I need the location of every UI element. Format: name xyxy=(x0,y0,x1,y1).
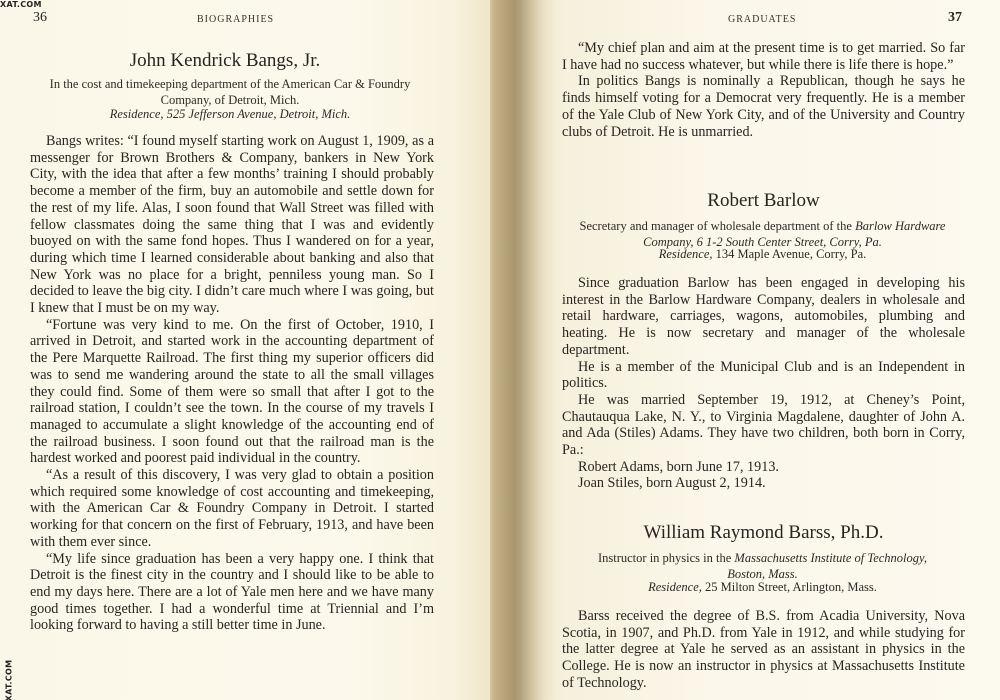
page-number-right: 37 xyxy=(948,10,962,26)
paragraph: He is a member of the Municipal Club and… xyxy=(562,359,965,392)
paragraph: “Fortune was very kind to me. On the fir… xyxy=(30,317,434,467)
entry-name-barlow: Robert Barlow xyxy=(562,190,965,212)
paragraph: He was married September 19, 1912, at Ch… xyxy=(562,392,965,459)
watermark-top: XAT.COM xyxy=(0,0,42,9)
child-item: Robert Adams, born June 17, 1913. xyxy=(562,459,965,476)
children-list: Robert Adams, born June 17, 1913. Joan S… xyxy=(562,459,965,492)
entry-residence-barss: Residence, 25 Milton Street, Arlington, … xyxy=(550,579,975,595)
residence-value: 25 Milton Street, Arlington, Mass. xyxy=(702,580,877,594)
right-page: GRADUATES 37 “My chief plan and aim at t… xyxy=(520,0,1000,700)
entry-name-barss: William Raymond Barss, Ph.D. xyxy=(562,522,965,544)
residence-label: Residence, xyxy=(648,580,702,594)
entry-residence-barlow: Residence, 134 Maple Avenue, Corry, Pa. xyxy=(550,246,975,262)
book-spread: XAT.COM XAT.COM 36 BIOGRAPHIES John Kend… xyxy=(0,0,1000,700)
page-number-left: 36 xyxy=(33,10,47,26)
watermark-side: XAT.COM xyxy=(4,660,13,700)
entry-body-bangs: Bangs writes: “I found myself starting w… xyxy=(30,133,434,634)
occupation-prefix: Secretary and manager of wholesale depar… xyxy=(580,219,856,233)
entry-occupation-bangs: In the cost and timekeeping department o… xyxy=(20,76,440,108)
entry-name-bangs: John Kendrick Bangs, Jr. xyxy=(0,50,450,72)
residence-value: 134 Maple Avenue, Corry, Pa. xyxy=(713,247,867,261)
running-head-left: BIOGRAPHIES xyxy=(197,14,274,25)
paragraph: Since graduation Barlow has been engaged… xyxy=(562,275,965,359)
residence-label: Residence, xyxy=(659,247,713,261)
paragraph: In politics Bangs is nominally a Republi… xyxy=(562,73,965,140)
entry-body-barss: Barss received the degree of B.S. from A… xyxy=(562,608,965,692)
entry-body-barlow: Since graduation Barlow has been engaged… xyxy=(562,275,965,492)
paragraph: “My chief plan and aim at the present ti… xyxy=(562,40,965,73)
paragraph: “As a result of this discovery, I was ve… xyxy=(30,467,434,551)
entry-occupation-barss: Instructor in physics in the Massachuset… xyxy=(550,550,975,582)
paragraph: “My life since graduation has been a ver… xyxy=(30,551,434,635)
occupation-prefix: Instructor in physics in the xyxy=(598,551,734,565)
entry-residence-bangs: Residence, 525 Jefferson Avenue, Detroit… xyxy=(20,106,440,122)
paragraph: Barss received the degree of B.S. from A… xyxy=(562,608,965,692)
child-item: Joan Stiles, born August 2, 1914. xyxy=(562,475,965,492)
occupation-line-1: In the cost and timekeeping department o… xyxy=(20,76,440,92)
continuation-text-bangs: “My chief plan and aim at the present ti… xyxy=(562,40,965,140)
left-page: XAT.COM XAT.COM 36 BIOGRAPHIES John Kend… xyxy=(0,0,493,700)
paragraph: Bangs writes: “I found myself starting w… xyxy=(30,133,434,317)
occupation-company: Barlow Hardware xyxy=(855,219,945,233)
occupation-institution: Massachusetts Institute of Technology, xyxy=(734,551,927,565)
running-head-right: GRADUATES xyxy=(728,14,796,25)
